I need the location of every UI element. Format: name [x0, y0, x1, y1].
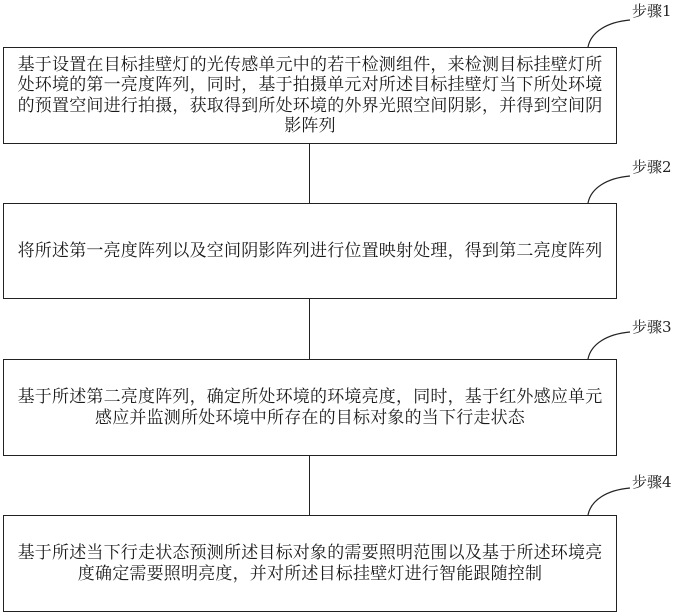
step-label-2: 步骤2 — [632, 158, 672, 176]
step-box-1: 基于设置在目标挂壁灯的光传感单元中的若干检测组件，来检测目标挂壁灯所处环境的第一… — [3, 47, 617, 144]
step-label-4: 步骤4 — [632, 473, 672, 491]
step-box-3: 基于所述第二亮度阵列，确定所处环境的环境亮度，同时，基于红外感应单元感应并监测所… — [3, 359, 617, 456]
connector-arrow-3-4 — [309, 456, 310, 515]
step-text-4: 基于所述当下行走状态预测所述目标对象的需要照明范围以及基于所述环境亮度确定需要照… — [4, 543, 616, 584]
step-text-2: 将所述第一亮度阵列以及空间阴影阵列进行位置映射处理，得到第二亮度阵列 — [4, 241, 616, 262]
step-box-2: 将所述第一亮度阵列以及空间阴影阵列进行位置映射处理，得到第二亮度阵列 — [3, 203, 617, 299]
step-text-1: 基于设置在目标挂壁灯的光传感单元中的若干检测组件，来检测目标挂壁灯所处环境的第一… — [4, 55, 616, 137]
step-box-4: 基于所述当下行走状态预测所述目标对象的需要照明范围以及基于所述环境亮度确定需要照… — [3, 515, 617, 612]
connector-arrow-1-2 — [309, 144, 310, 203]
leader-curve-icon — [585, 10, 635, 50]
leader-curve-icon — [585, 322, 635, 362]
leader-curve-icon — [585, 166, 635, 206]
leader-curve-icon — [585, 478, 635, 518]
connector-arrow-2-3 — [309, 299, 310, 359]
step-text-3: 基于所述第二亮度阵列，确定所处环境的环境亮度，同时，基于红外感应单元感应并监测所… — [4, 387, 616, 428]
step-label-3: 步骤3 — [632, 318, 672, 336]
step-label-1: 步骤1 — [632, 2, 672, 20]
